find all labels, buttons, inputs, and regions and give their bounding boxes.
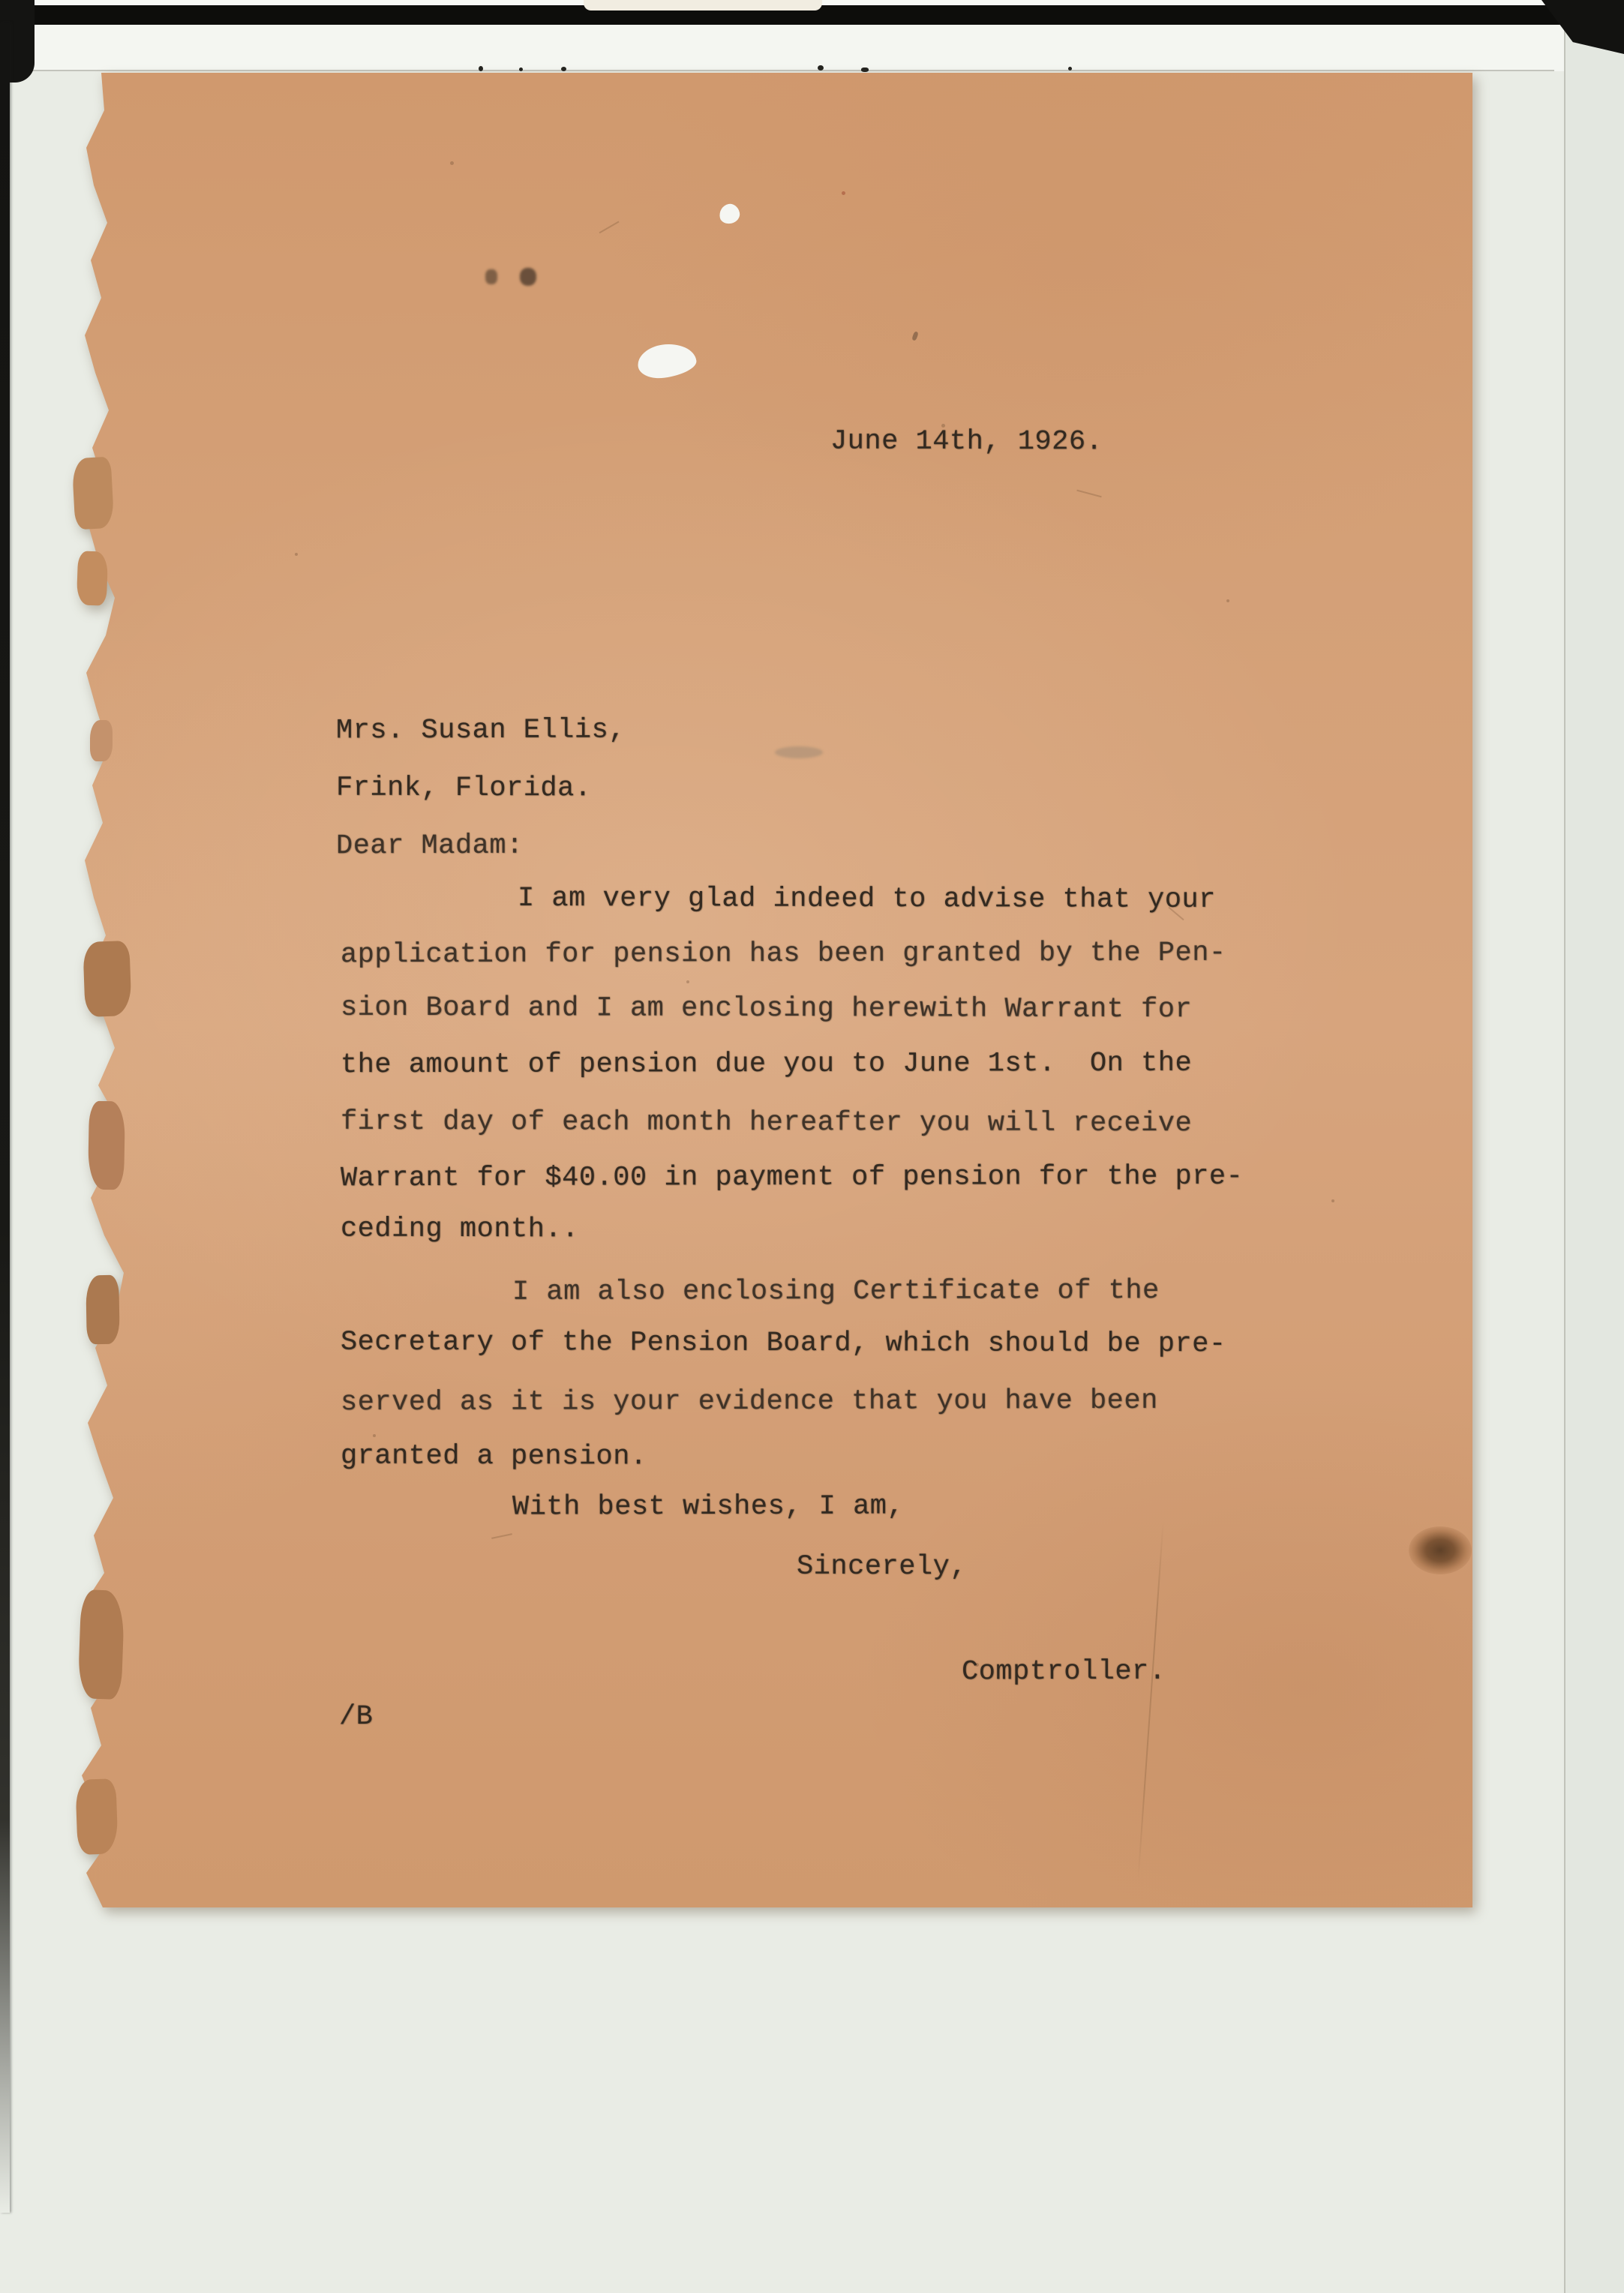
- letter-paper: June 14th, 1926. Mrs. Susan Ellis, Frink…: [71, 73, 1472, 1907]
- torn-edge-chip: [75, 1778, 118, 1855]
- paper-hole: [635, 341, 698, 381]
- backing-seam-line: [12, 70, 1554, 71]
- body-line: Secretary of the Pension Board, which sh…: [341, 1327, 1226, 1361]
- torn-edge-chip: [86, 1275, 120, 1345]
- body-line: first day of each month hereafter you wi…: [341, 1106, 1192, 1140]
- torn-edge-chip: [77, 1589, 125, 1700]
- scan-frame-left-edge: [0, 23, 10, 2213]
- torn-edge-chip: [77, 551, 108, 605]
- seam-speck: [479, 66, 483, 71]
- body-line: Warrant for $40.00 in payment of pension…: [341, 1161, 1243, 1195]
- body-line: sion Board and I am enclosing herewith W…: [341, 992, 1192, 1026]
- body-line: served as it is your evidence that you h…: [341, 1385, 1158, 1419]
- recipient-line: Frink, Florida.: [336, 773, 592, 805]
- recipient-line: Mrs. Susan Ellis,: [336, 715, 626, 747]
- paper-fiber: [491, 1533, 512, 1539]
- date-line: June 14th, 1926.: [830, 426, 1103, 458]
- body-line: granted a pension.: [341, 1441, 647, 1473]
- paper-fiber: [1076, 490, 1101, 498]
- paper-speck: [1331, 1199, 1334, 1202]
- body-line: the amount of pension due you to June 1s…: [341, 1048, 1192, 1082]
- paper-speck: [450, 161, 454, 165]
- paper-knot-stain: [1409, 1526, 1472, 1574]
- signoff-line: Sincerely,: [797, 1551, 967, 1583]
- body-line: application for pension has been granted…: [341, 938, 1226, 971]
- salutation-line: Dear Madam:: [336, 830, 524, 863]
- torn-edge-chip: [88, 1101, 125, 1190]
- pencil-smudge: [775, 746, 823, 758]
- scanned-letter-page: June 14th, 1926. Mrs. Susan Ellis, Frink…: [0, 0, 1624, 2293]
- scan-top-torn-reveal: [584, 0, 822, 11]
- faint-ink-smudge: [520, 268, 536, 286]
- backing-sheet-top-band: [6, 25, 1619, 71]
- paper-fiber: [599, 221, 620, 234]
- seam-speck: [818, 65, 824, 71]
- paper-speck: [911, 331, 919, 341]
- faint-ink-smudge: [485, 269, 497, 284]
- body-line: I am very glad indeed to advise that you…: [518, 883, 1216, 916]
- paper-speck: [1226, 599, 1229, 602]
- torn-edge-chip: [83, 941, 131, 1017]
- seam-speck: [1068, 67, 1072, 71]
- paper-speck: [373, 1434, 376, 1437]
- paper-speck: [295, 553, 298, 556]
- seam-speck: [519, 68, 523, 71]
- closing-line: With best wishes, I am,: [512, 1490, 904, 1523]
- backing-sheet-right-band: [1564, 23, 1624, 2293]
- paper-crack-line: [1137, 1521, 1163, 1880]
- body-line: I am also enclosing Certificate of the: [512, 1275, 1160, 1308]
- body-line: ceding month..: [341, 1214, 579, 1246]
- torn-edge-chip: [90, 720, 113, 761]
- paper-hole: [718, 202, 742, 225]
- paper-speck: [842, 191, 845, 195]
- seam-speck: [861, 68, 869, 72]
- letter-paper-wrap: June 14th, 1926. Mrs. Susan Ellis, Frink…: [71, 73, 1472, 1907]
- torn-edge-chip: [72, 457, 115, 530]
- paper-speck: [686, 980, 689, 983]
- typist-initials: /B: [339, 1701, 374, 1733]
- signature-title-line: Comptroller.: [962, 1656, 1166, 1688]
- seam-speck: [561, 67, 566, 71]
